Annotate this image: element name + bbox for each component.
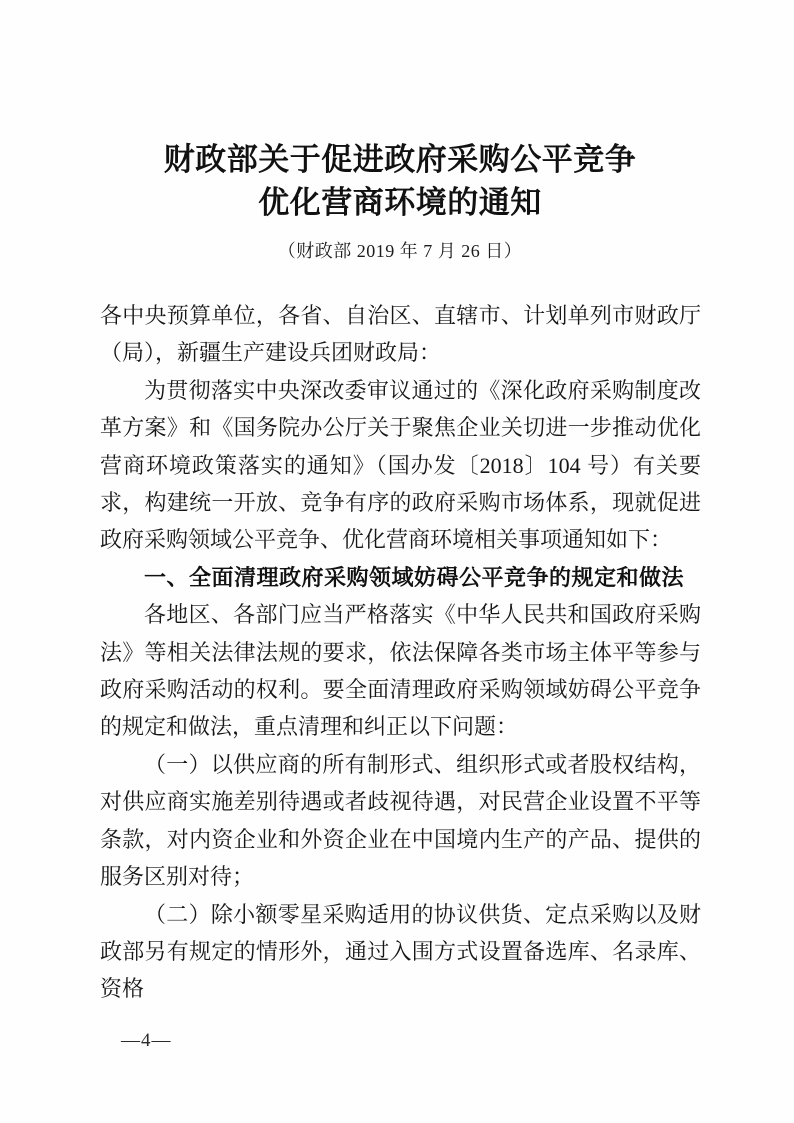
document-header: 财政部关于促进政府采购公平竞争 优化营商环境的通知 （财政部 2019 年 7 … bbox=[100, 138, 700, 263]
item-one-paragraph: （一）以供应商的所有制形式、组织形式或者股权结构，对供应商实施差别待遇或者歧视待… bbox=[100, 746, 701, 896]
document-title-line-2: 优化营商环境的通知 bbox=[100, 181, 700, 224]
document-body: 各中央预算单位，各省、自治区、直辖市、计划单列市财政厅（局），新疆生产建设兵团财… bbox=[100, 297, 701, 1008]
salutation-paragraph: 各中央预算单位，各省、自治区、直辖市、计划单列市财政厅（局），新疆生产建设兵团财… bbox=[100, 297, 701, 372]
document-dateline: （财政部 2019 年 7 月 26 日） bbox=[100, 237, 700, 263]
item-two-paragraph: （二）除小额零星采购适用的协议供货、定点采购以及财政部另有规定的情形外，通过入围… bbox=[100, 896, 701, 1008]
intro-paragraph: 为贯彻落实中央深改委审议通过的《深化政府采购制度改革方案》和《国务院办公厅关于聚… bbox=[100, 372, 701, 559]
document-title: 财政部关于促进政府采购公平竞争 优化营商环境的通知 bbox=[100, 138, 700, 224]
document-title-line-1: 财政部关于促进政府采购公平竞争 bbox=[100, 138, 700, 181]
section-one-paragraph: 各地区、各部门应当严格落实《中华人民共和国政府采购法》等相关法律法规的要求，依法… bbox=[100, 596, 701, 746]
document-page: 财政部关于促进政府采购公平竞争 优化营商环境的通知 （财政部 2019 年 7 … bbox=[0, 0, 794, 1123]
page-number: —4— bbox=[121, 1030, 172, 1052]
section-one-heading: 一、全面清理政府采购领域妨碍公平竞争的规定和做法 bbox=[100, 559, 701, 596]
